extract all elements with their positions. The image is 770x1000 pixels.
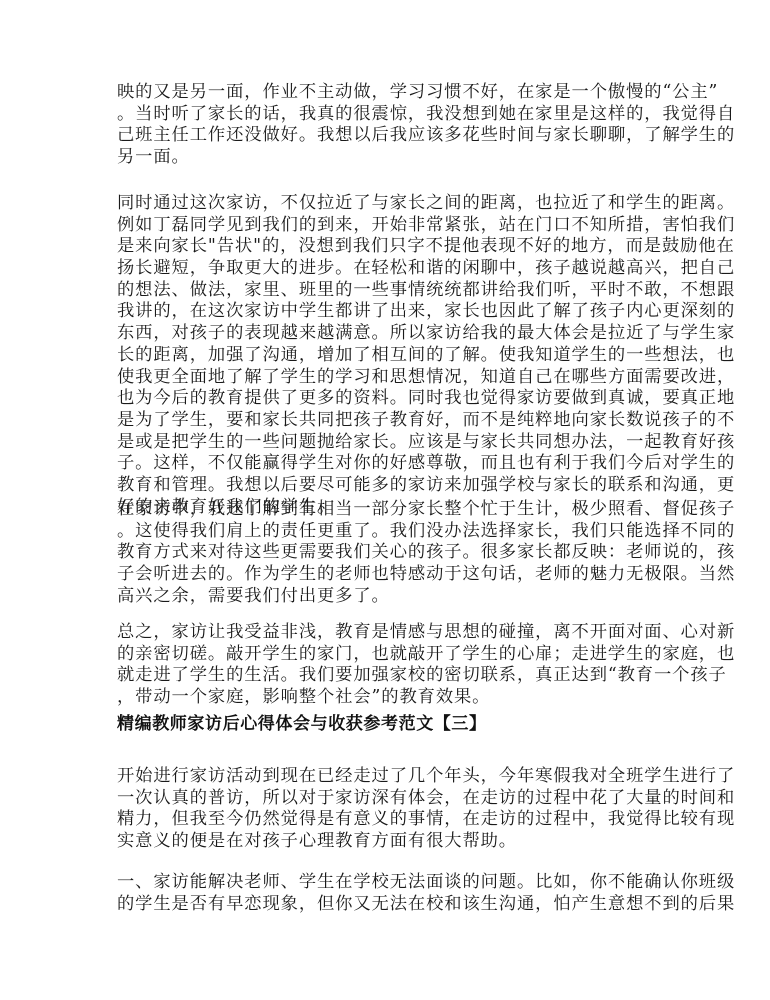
text-line: 。当时听了家长的话，我真的很震惊，我没想到她在家里是这样的，我觉得自 [117, 104, 657, 126]
text-line: 教育和管理。我想以后要尽可能多的家访来加强学校与家长的联系和沟通，更 [117, 475, 657, 497]
text-line: 开始进行家访活动到现在已经走过了几个年头，今年寒假我对全班学生进行了 [117, 766, 657, 788]
text-line: 总之，家访让我受益非浅，教育是情感与思想的碰撞，离不开面对面、心对新 [117, 622, 657, 644]
text-line: 扬长避短，争取更大的进步。在轻松和谐的闲聊中，孩子越说越高兴，把自己 [117, 258, 657, 280]
text-line: 的学生是否有早恋现象，但你又无法在校和该生沟通，怕产生意想不到的后果 [117, 894, 657, 916]
paragraph-3: 在家访中，我还了解到有相当一部分家长整个忙于生计，极少照看、督促孩子 。这使得我… [117, 499, 657, 607]
document-page: 映的又是另一面，作业不主动做，学习习惯不好，在家是一个傲慢的“公主” 。当时听了… [0, 0, 770, 1000]
heading-text: 精编教师家访后心得体会与收获参考范文【三】 [117, 714, 657, 736]
paragraph-5: 开始进行家访活动到现在已经走过了几个年头，今年寒假我对全班学生进行了 一次认真的… [117, 766, 657, 853]
text-line: 子会听进去的。作为学生的老师也特感动于这句话，老师的魅力无极限。当然 [117, 564, 657, 586]
text-line: 实意义的便是在对孩子心理教育方面有很大帮助。 [117, 831, 657, 853]
text-line: 我讲的，在这次家访中学生都讲了出来，家长也因此了解了孩子内心更深刻的 [117, 301, 657, 323]
text-line: 一、家访能解决老师、学生在学校无法面谈的问题。比如，你不能确认你班级 [117, 872, 657, 894]
text-line: 也为今后的教育提供了更多的资料。同时我也觉得家访要做到真诚，要真正地 [117, 388, 657, 410]
paragraph-1: 映的又是另一面，作业不主动做，学习习惯不好，在家是一个傲慢的“公主” 。当时听了… [117, 82, 657, 169]
text-line: 是或是把学生的一些问题抛给家长。应该是与家长共同想办法，一起教育好孩 [117, 432, 657, 454]
text-line: 东西，对孩子的表现越来越满意。所以家访给我的最大体会是拉近了与学生家 [117, 323, 657, 345]
text-line: 另一面。 [117, 147, 657, 169]
section-heading: 精编教师家访后心得体会与收获参考范文【三】 [117, 714, 657, 736]
text-line: 己班主任工作还没做好。我想以后我应该多花些时间与家长聊聊，了解学生的 [117, 125, 657, 147]
paragraph-6: 一、家访能解决老师、学生在学校无法面谈的问题。比如，你不能确认你班级 的学生是否… [117, 872, 657, 915]
text-line: 在家访中，我还了解到有相当一部分家长整个忙于生计，极少照看、督促孩子 [117, 499, 657, 521]
text-line: 的想法、做法，家里、班里的一些事情统统都讲给我们听，平时不敢，不想跟 [117, 280, 657, 302]
text-line: 就走进了学生的生活。我们要加强家校的密切联系，真正达到“教育一个孩子 [117, 665, 657, 687]
text-line: 使我更全面地了解了学生的学习和思想情况，知道自己在哪些方面需要改进， [117, 367, 657, 389]
paragraph-4: 总之，家访让我受益非浅，教育是情感与思想的碰撞，离不开面对面、心对新 的亲密切磋… [117, 622, 657, 709]
text-line: 精力，但我至今仍然觉得是有意义的事情，在走访的过程中，我觉得比较有现 [117, 809, 657, 831]
text-line: 。这使得我们肩上的责任更重了。我们没办法选择家长，我们只能选择不同的 [117, 521, 657, 543]
text-line: 同时通过这次家访，不仅拉近了与家长之间的距离，也拉近了和学生的距离。 [117, 193, 657, 215]
text-line: 的亲密切磋。敲开学生的家门，也就敲开了学生的心扉；走进学生的家庭，也 [117, 644, 657, 666]
text-line: 长的距离，加强了沟通，增加了相互间的了解。使我知道学生的一些想法，也 [117, 345, 657, 367]
text-line: ，带动一个家庭，影响整个社会”的教育效果。 [117, 687, 657, 709]
text-line: 高兴之余，需要我们付出更多了。 [117, 586, 657, 608]
text-line: 映的又是另一面，作业不主动做，学习习惯不好，在家是一个傲慢的“公主” [117, 82, 657, 104]
text-line: 教育方式来对待这些更需要我们关心的孩子。很多家长都反映：老师说的，孩 [117, 542, 657, 564]
text-line: 是为了学生，要和家长共同把孩子教育好，而不是纯粹地向家长数说孩子的不 [117, 410, 657, 432]
text-line: 例如丁磊同学见到我们的到来，开始非常紧张，站在门口不知所措，害怕我们 [117, 215, 657, 237]
text-line: 是来向家长"告状"的，没想到我们只字不提他表现不好的地方，而是鼓励他在 [117, 236, 657, 258]
paragraph-2: 同时通过这次家访，不仅拉近了与家长之间的距离，也拉近了和学生的距离。 例如丁磊同… [117, 193, 657, 518]
text-line: 一次认真的普访，所以对于家访深有体会，在走访的过程中花了大量的时间和 [117, 788, 657, 810]
text-line: 子。这样，不仅能赢得学生对你的好感尊敬，而且也有利于我们今后对学生的 [117, 453, 657, 475]
